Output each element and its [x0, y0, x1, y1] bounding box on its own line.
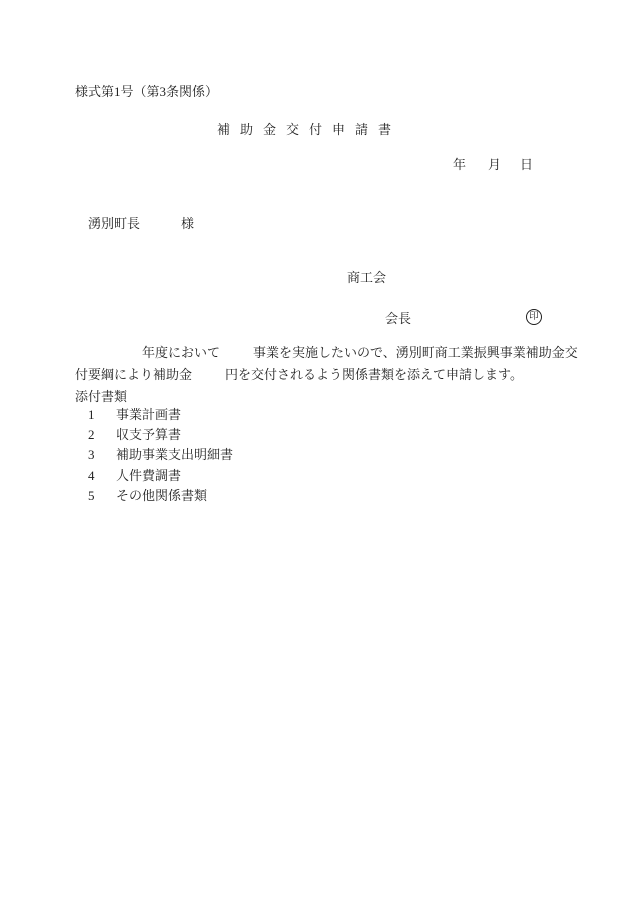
addressee-title: 湧別町長 [88, 216, 140, 231]
attachment-item: 2収支予算書 [88, 427, 181, 443]
project-name-blank-field [220, 356, 253, 357]
body-line-1: 年度において事業を実施したいので、湧別町商工業振興事業補助金交 [75, 345, 578, 361]
attachment-item-title: 収支予算書 [116, 427, 181, 442]
attachment-item: 3補助事業支出明細書 [88, 447, 233, 463]
fiscal-year-blank-field [75, 356, 142, 357]
body-line2-suffix: 円を交付されるよう関係書類を添えて申請します。 [225, 367, 523, 382]
attachment-item-title: 事業計画書 [116, 407, 181, 422]
body-line1-text: 事業を実施したいので、湧別町商工業振興事業補助金交 [253, 345, 578, 360]
body-line1-label: 年度において [142, 345, 220, 360]
addressee-honorific: 様 [181, 216, 194, 231]
attachment-item: 4人件費調書 [88, 468, 181, 484]
date-month-label: 月 [488, 157, 501, 172]
attachment-item-number: 4 [88, 468, 116, 484]
attachment-item-number: 2 [88, 427, 116, 443]
body-line2-prefix: 付要綱により補助金 [75, 367, 192, 382]
attachment-item-number: 1 [88, 407, 116, 423]
date-line: 年月日 [453, 157, 533, 173]
addressee-name-blank-field [140, 227, 181, 228]
attachment-item: 5その他関係書類 [88, 488, 207, 504]
attachment-item-title: 補助事業支出明細書 [116, 447, 233, 462]
applicant-organization: 商工会 [347, 270, 386, 286]
seal-stamp-icon: 印 [526, 309, 542, 325]
amount-blank-field [192, 378, 225, 379]
attachment-item-title: その他関係書類 [116, 488, 207, 503]
body-line-2: 付要綱により補助金円を交付されるよう関係書類を添えて申請します。 [75, 367, 523, 383]
attachments-heading: 添付書類 [75, 389, 127, 405]
form-number: 様式第1号（第3条関係） [75, 84, 218, 100]
attachment-item-title: 人件費調書 [116, 468, 181, 483]
document-title: 補助金交付申請書 [217, 122, 401, 138]
document-page: 様式第1号（第3条関係） 補助金交付申請書 年月日 湧別町長様 商工会 会長 印… [0, 0, 630, 915]
date-day-label: 日 [520, 157, 533, 172]
applicant-role: 会長 [385, 311, 411, 327]
attachment-item: 1事業計画書 [88, 407, 181, 423]
date-year-label: 年 [453, 157, 466, 172]
addressee-line: 湧別町長様 [88, 216, 194, 232]
attachment-item-number: 5 [88, 488, 116, 504]
attachment-item-number: 3 [88, 447, 116, 463]
